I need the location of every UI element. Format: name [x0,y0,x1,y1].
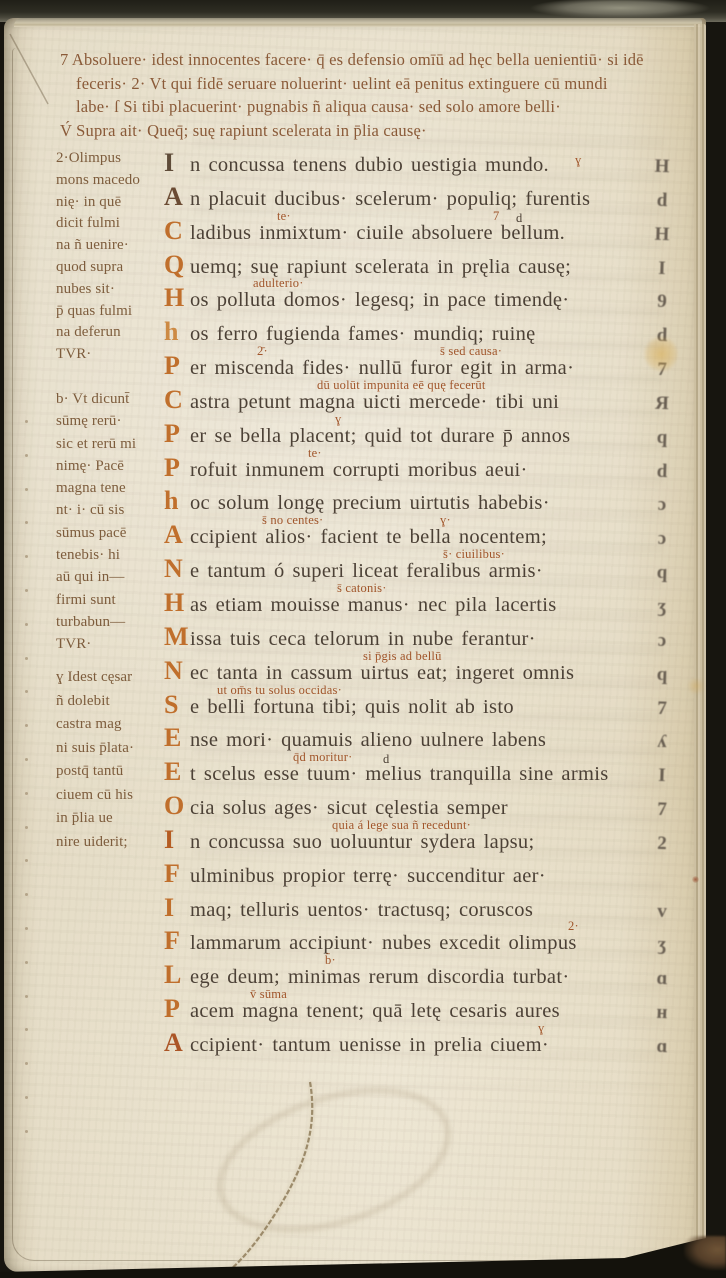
verse-line: In concussa suo uoluuntur sydera lapsu;q… [164,823,669,857]
interlinear-gloss: dū uolūt impunita eē quę fecerūt [317,379,486,391]
showthrough-mark: ɔ [648,522,675,557]
margin-gloss-line: turbabun— [56,611,176,633]
verse-initial: N [164,552,190,586]
faint-water-ring [203,1065,466,1256]
interlinear-gloss: q̄d moritur· [293,751,352,763]
verse-initial: N [164,654,190,688]
verse-text: acem magna tenent; quā letę cesaris aure… [190,1000,560,1022]
pricking-dot [25,1062,28,1065]
margin-gloss-line: firmi sunt [56,589,176,611]
verse-text: ege deum; minimas rerum discordia turbat… [190,966,569,988]
left-margin-gloss-cesar: ɣ Idest cęsarñ dolebitcastra magni suis … [56,666,176,854]
interlinear-gloss: 7 [493,210,499,222]
crease-scar [230,1082,312,1270]
verse-line: Quemq; suę rapiunt scelerata in pręlia c… [164,248,669,282]
verse-initial: E [164,721,190,755]
verse-initial: C [164,383,190,417]
showthrough-mark: 7 [648,793,675,828]
verse-text: ulminibus propior terrę· succenditur aer… [190,865,546,887]
showthrough-mark [648,860,675,895]
verse-initial: C [164,214,190,248]
top-gloss-line: V́ Supra ait· Queq̄; suę rapiunt scelera… [60,119,704,143]
showthrough-mark: H [648,217,675,252]
verse-initial: I [164,891,190,925]
pricking-dot [25,690,28,693]
verse-text: uemq; suę rapiunt scelerata in pręlia ca… [190,256,571,278]
verse-line: Et scelus esse tuum· melius tranquilla s… [164,755,669,789]
stacked-leaf-edges-top [14,18,702,27]
interlinear-gloss: s̄ sed causa· [440,345,502,357]
pricking-dot [25,589,28,592]
verse-text: ccipient alios· facient te bella nocente… [190,526,547,548]
verse-line: In concussa tenens dubio uestigia mundo.… [164,146,669,180]
showthrough-mark: ɑ [648,1029,675,1064]
verse-line: Cladibus inmixtum· ciuile absoluere bell… [164,214,669,248]
margin-gloss-line: nire uiderit; [56,831,176,855]
verse-line: Accipient alios· facient te bella nocent… [164,518,669,552]
verse-text: t scelus esse tuum· melius tranquilla si… [190,763,608,785]
margin-gloss-line: ciuem cū his [56,784,176,808]
pricking-dot [25,1096,28,1099]
verse-text: n concussa suo uoluuntur sydera lapsu; [190,831,534,853]
verse-initial: P [164,349,190,383]
interlinear-gloss: te· [308,447,322,459]
margin-gloss-line: ñ dolebit [56,690,176,714]
interlinear-gloss: si p̄gis ad bellū [363,650,442,662]
pricking-dot [25,454,28,457]
pricking-dot [25,555,28,558]
margin-gloss-line: ɣ Idest cęsar [56,666,176,690]
pricking-dot [25,859,28,862]
margin-gloss-line: sic et rerū mi [56,433,176,455]
top-gloss-line: 7 Absoluere· idest innocentes facere· q̄… [60,48,704,72]
crease-highlight [230,1082,312,1270]
showthrough-mark: ɔ [648,488,675,523]
verse-text: oc solum longę precium uirtutis habebis· [190,492,550,514]
verse-initial: L [164,958,190,992]
verse-line: Has etiam mouisse manus· nec pila lacert… [164,586,669,620]
verse-initial: Q [164,248,190,282]
verse-text: er se bella placent; quid tot durare p̄ … [190,425,570,447]
showthrough-marks-column: HdHI9d7Яqdɔɔqʒɔq7ʎI72vʒɑʜɑ [649,150,675,1064]
verse-text: n concussa tenens dubio uestigia mundo. [190,154,549,176]
margin-gloss-line: nt· i· cū sis [56,499,176,521]
showthrough-mark: ɑ [648,962,675,997]
pricking-dot [25,1028,28,1031]
verse-initial: P [164,417,190,451]
showthrough-mark: d [648,183,675,218]
verse-text: rofuit inmunem corrupti moribus aeui· [190,459,528,481]
interlinear-gloss: s̄ catonis· [337,582,387,594]
verse-initial: O [164,789,190,823]
verse-text: lammarum accipiunt· nubes excedit olimpu… [190,932,577,954]
showthrough-mark: I [648,759,675,794]
margin-gloss-line: TVR· [56,344,176,366]
verse-line: Lege deum; minimas rerum discordia turba… [164,958,669,992]
margin-gloss-line: dicit fulmi [56,213,176,235]
showthrough-mark: d [648,454,675,489]
verse-text: e tantum ó superi liceat feralibus armis… [190,560,543,582]
verse-initial: H [164,281,190,315]
verse-line: Profuit inmunem corrupti moribus aeui·te… [164,451,669,485]
verse-text: er miscenda fides· nullū furor egit in a… [190,357,574,379]
verse-initial: h [164,315,190,349]
verse-initial: A [164,1026,190,1060]
interlinear-gloss: d [516,212,522,224]
interlinear-gloss: ɣ [538,1022,544,1034]
margin-gloss-line: sūmę rerū· [56,410,176,432]
pricking-dot [25,927,28,930]
verse-text: e belli fortuna tibi; quis nolit ab isto [190,696,514,718]
pricking-dot [25,724,28,727]
margin-gloss-line: nimę· Pacē [56,455,176,477]
verse-initial: M [164,620,190,654]
verse-text-block: In concussa tenens dubio uestigia mundo.… [164,146,669,1060]
showthrough-mark: 7 [648,353,675,388]
verse-initial: A [164,518,190,552]
verse-line: Per se bella placent; quid tot durare p̄… [164,417,669,451]
verse-line: Ense mori· quamuis alieno uulnere labens [164,721,669,755]
frayed-corner [684,1236,726,1270]
interlinear-gloss: ut om̄s tu solus occidas· [217,684,342,696]
interlinear-gloss: b̄· [325,954,336,966]
verse-text: os polluta domos· legesq; in pace timend… [190,289,569,311]
verse-text: ccipient· tantum uenisse in prelia ciuem… [190,1034,549,1056]
margin-gloss-line: magna tene [56,477,176,499]
verse-initial: I [164,823,190,857]
interlinear-gloss: ɣ [335,413,341,425]
margin-gloss-line: quod supra [56,257,176,279]
verse-initial: h [164,484,190,518]
stacked-leaf-edges-right [694,24,706,1268]
margin-gloss-line: mons macedo [56,170,176,192]
showthrough-mark: ʒ [648,928,675,963]
top-marginal-gloss: 7 Absoluere· idest innocentes facere· q̄… [60,48,704,143]
verse-initial: E [164,755,190,789]
verse-line: hos ferro fugienda fames· mundiq; ruinę [164,315,669,349]
margin-gloss-line: in p̄lia ue [56,807,176,831]
margin-gloss-line: na deferun [56,322,176,344]
showthrough-mark: 9 [648,285,675,320]
pricking-dot [25,1130,28,1133]
verse-text: maq; telluris uentos· tractusq; coruscos [190,899,533,921]
margin-gloss-line: aū qui in— [56,566,176,588]
verse-initial: S [164,688,190,722]
margin-gloss-line: sūmus pacē [56,522,176,544]
pricking-dot [25,657,28,660]
verse-text: n placuit ducibus· scelerum· populiq; fu… [190,188,590,210]
interlinear-gloss: adulterio· [253,277,304,289]
pricking-dot [25,488,28,491]
verse-initial: P [164,451,190,485]
verse-line: Flammarum accipiunt· nubes excedit olimp… [164,924,669,958]
left-margin-gloss-olimpus: 2·Olimpusmons macedonię· in quēdicit ful… [56,148,176,366]
showthrough-mark: Я [648,386,675,421]
verse-line: Se belli fortuna tibi; quis nolit ab ist… [164,688,669,722]
interlinear-gloss: ɣ [575,154,581,166]
verse-line: Pacem magna tenent; quā letę cesaris aur… [164,992,669,1026]
showthrough-mark: q [648,556,675,591]
margin-gloss-line: ni suis p̄lata· [56,737,176,761]
verse-line: Fulminibus propior terrę· succenditur ae… [164,857,669,891]
margin-gloss-line: na ñ uenire· [56,235,176,257]
pricking-dot [25,961,28,964]
pricking-dot [25,826,28,829]
pricking-dot [25,758,28,761]
verse-line: Accipient· tantum uenisse in prelia ciue… [164,1026,669,1060]
showthrough-mark: v [648,894,675,929]
showthrough-mark: ʜ [648,996,675,1031]
margin-gloss-line: nubes sit· [56,279,176,301]
showthrough-mark: I [648,251,675,286]
margin-gloss-line: 2·Olimpus [56,148,176,170]
interlinear-gloss: ɣ· [440,514,451,526]
verse-line: An placuit ducibus· scelerum· populiq; f… [164,180,669,214]
verse-text: os ferro fugienda fames· mundiq; ruinę [190,323,536,345]
margin-gloss-line: postq̄ tantū [56,760,176,784]
showthrough-mark: q [648,657,675,692]
showthrough-mark: 2 [648,826,675,861]
interlinear-gloss: 2· [568,920,579,932]
verse-line: Castra petunt magna uicti mercede· tibi … [164,383,669,417]
verse-initial: P [164,992,190,1026]
verse-line: Ne tantum ó superi liceat feralibus armi… [164,552,669,586]
pricking-dot [25,420,28,423]
verse-initial: F [164,924,190,958]
left-margin-gloss-pacem: b· Vt dicunt̄sūmę rerū·sic et rerū minim… [56,388,176,656]
manuscript-page: 7 Absoluere· idest innocentes facere· q̄… [4,18,706,1272]
showthrough-mark: 7 [648,691,675,726]
verse-text: cia solus ages· sicut cęlestia semper [190,797,508,819]
top-gloss-line: feceris· 2· Vt qui fidē seruare noluerin… [60,72,704,96]
interlinear-gloss: d [383,753,389,765]
margin-gloss-line: TVR· [56,633,176,655]
pricking-dot [25,995,28,998]
margin-gloss-line: b· Vt dicunt̄ [56,388,176,410]
margin-gloss-line: castra mag [56,713,176,737]
interlinear-gloss: te· [277,210,291,222]
verse-line: Hos polluta domos· legesq; in pace timen… [164,281,669,315]
showthrough-mark: q [648,420,675,455]
pricking-dot [25,623,28,626]
interlinear-gloss: s̄ no centes· [262,514,323,526]
verse-initial: I [164,146,190,180]
top-gloss-line: labe· ſ Si tibi placuerint· pugnabis ñ a… [60,95,704,119]
showthrough-mark: ɔ [648,623,675,658]
margin-gloss-line: nię· in quē [56,192,176,214]
showthrough-mark: H [648,150,675,185]
verse-text: ladibus inmixtum· ciuile absoluere bellu… [190,222,565,244]
verse-text: ec tanta in cassum uirtus eat; ingeret o… [190,662,574,684]
verse-line: Imaq; telluris uentos· tractusq; corusco… [164,891,669,925]
margin-gloss-line: p̄ quas fulmi [56,301,176,323]
interlinear-gloss: v̄ sūma [250,988,287,1000]
margin-gloss-line: tenebis· hi [56,544,176,566]
showthrough-mark: ʎ [648,725,675,760]
verse-initial: H [164,586,190,620]
verse-text: issa tuis ceca telorum in nube ferantur· [190,628,536,650]
pricking-dot [25,521,28,524]
showthrough-mark: ʒ [648,590,675,625]
verse-text: as etiam mouisse manus· nec pila lacerti… [190,594,557,616]
verse-initial: A [164,180,190,214]
verse-line: hoc solum longę precium uirtutis habebis… [164,484,669,518]
verse-initial: F [164,857,190,891]
interlinear-gloss: s̄· ciuilibus· [443,548,505,560]
pricking-dot [25,893,28,896]
pricking-dot [25,792,28,795]
interlinear-gloss: quia á lege sua ñ recedunt· [332,819,471,831]
showthrough-mark: d [648,319,675,354]
corner-fold-line [10,34,48,104]
verse-text: nse mori· quamuis alieno uulnere labens [190,729,546,751]
interlinear-gloss: 2̄· [257,345,268,357]
verse-text: astra petunt magna uicti mercede· tibi u… [190,391,559,413]
